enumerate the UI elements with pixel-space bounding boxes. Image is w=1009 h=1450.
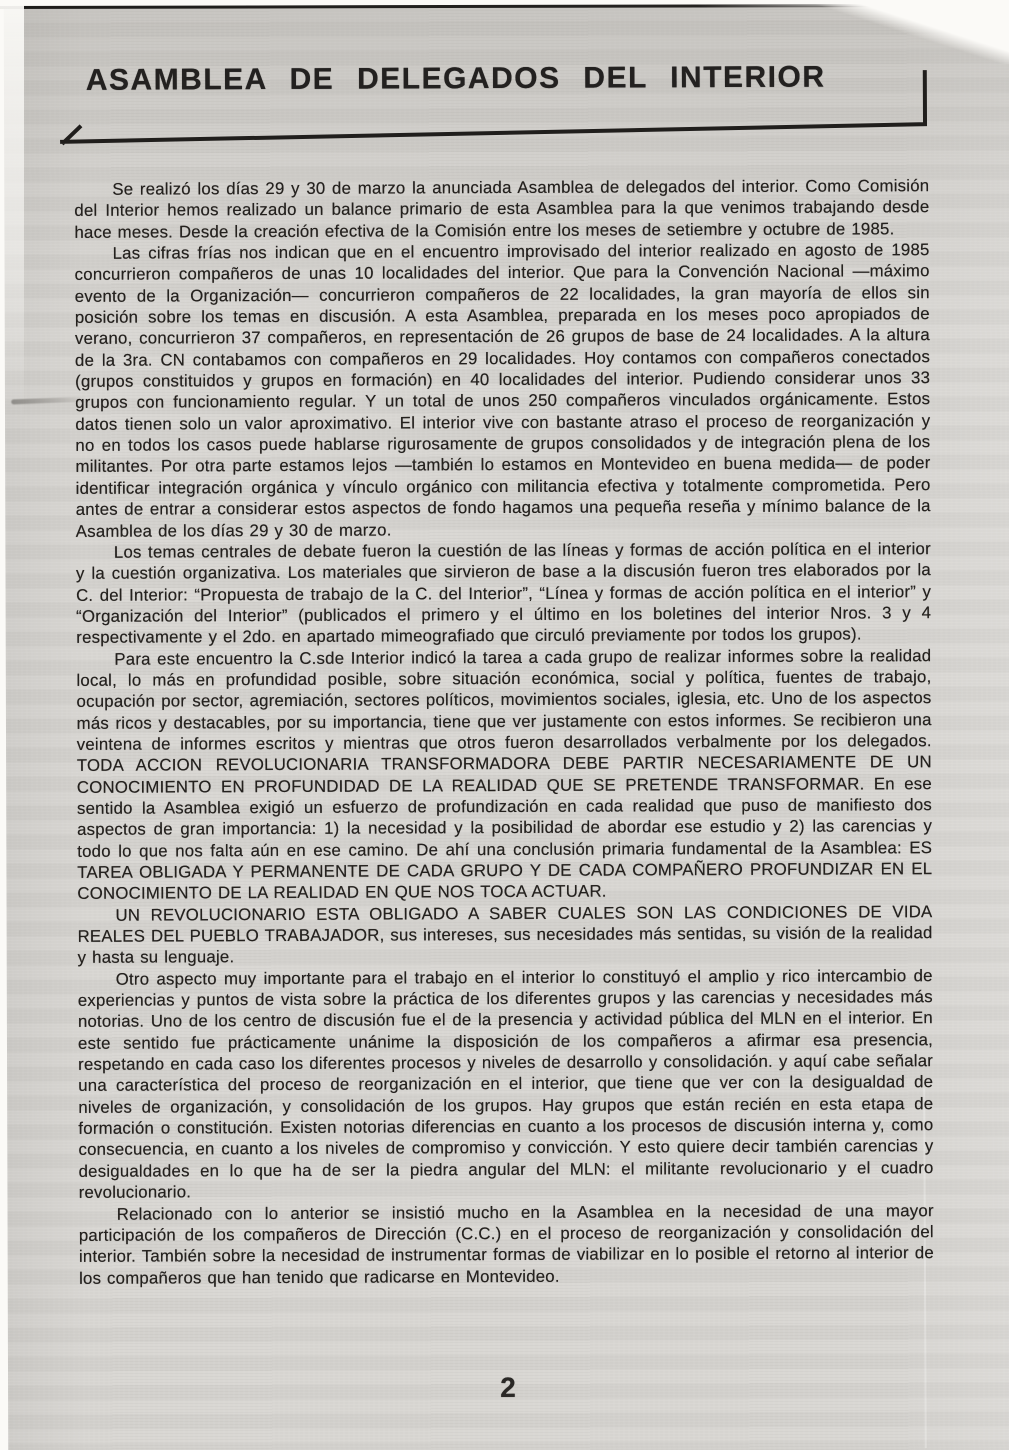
paragraph: Las cifras frías nos indican que en el e… <box>75 239 931 542</box>
article-body: Se realizó los días 29 y 30 de marzo la … <box>74 175 934 1289</box>
paragraph: Los temas centrales de debate fueron la … <box>76 538 931 648</box>
paragraph: Se realizó los días 29 y 30 de marzo la … <box>74 175 929 243</box>
paragraph: Otro aspecto muy importante para el trab… <box>78 965 934 1204</box>
paragraph: UN REVOLUCIONARIO ESTA OBLIGADO A SABER … <box>77 901 932 969</box>
paragraph: Para este encuentro la C.sde Interior in… <box>76 645 932 905</box>
paragraph: Relacionado con lo anterior se insistió … <box>79 1200 934 1289</box>
document-page: ASAMBLEA DE DELEGADOS DEL INTERIOR Se re… <box>0 0 1009 1450</box>
page-title: ASAMBLEA DE DELEGADOS DEL INTERIOR <box>86 61 826 98</box>
page-number: 2 <box>3 1370 1009 1406</box>
